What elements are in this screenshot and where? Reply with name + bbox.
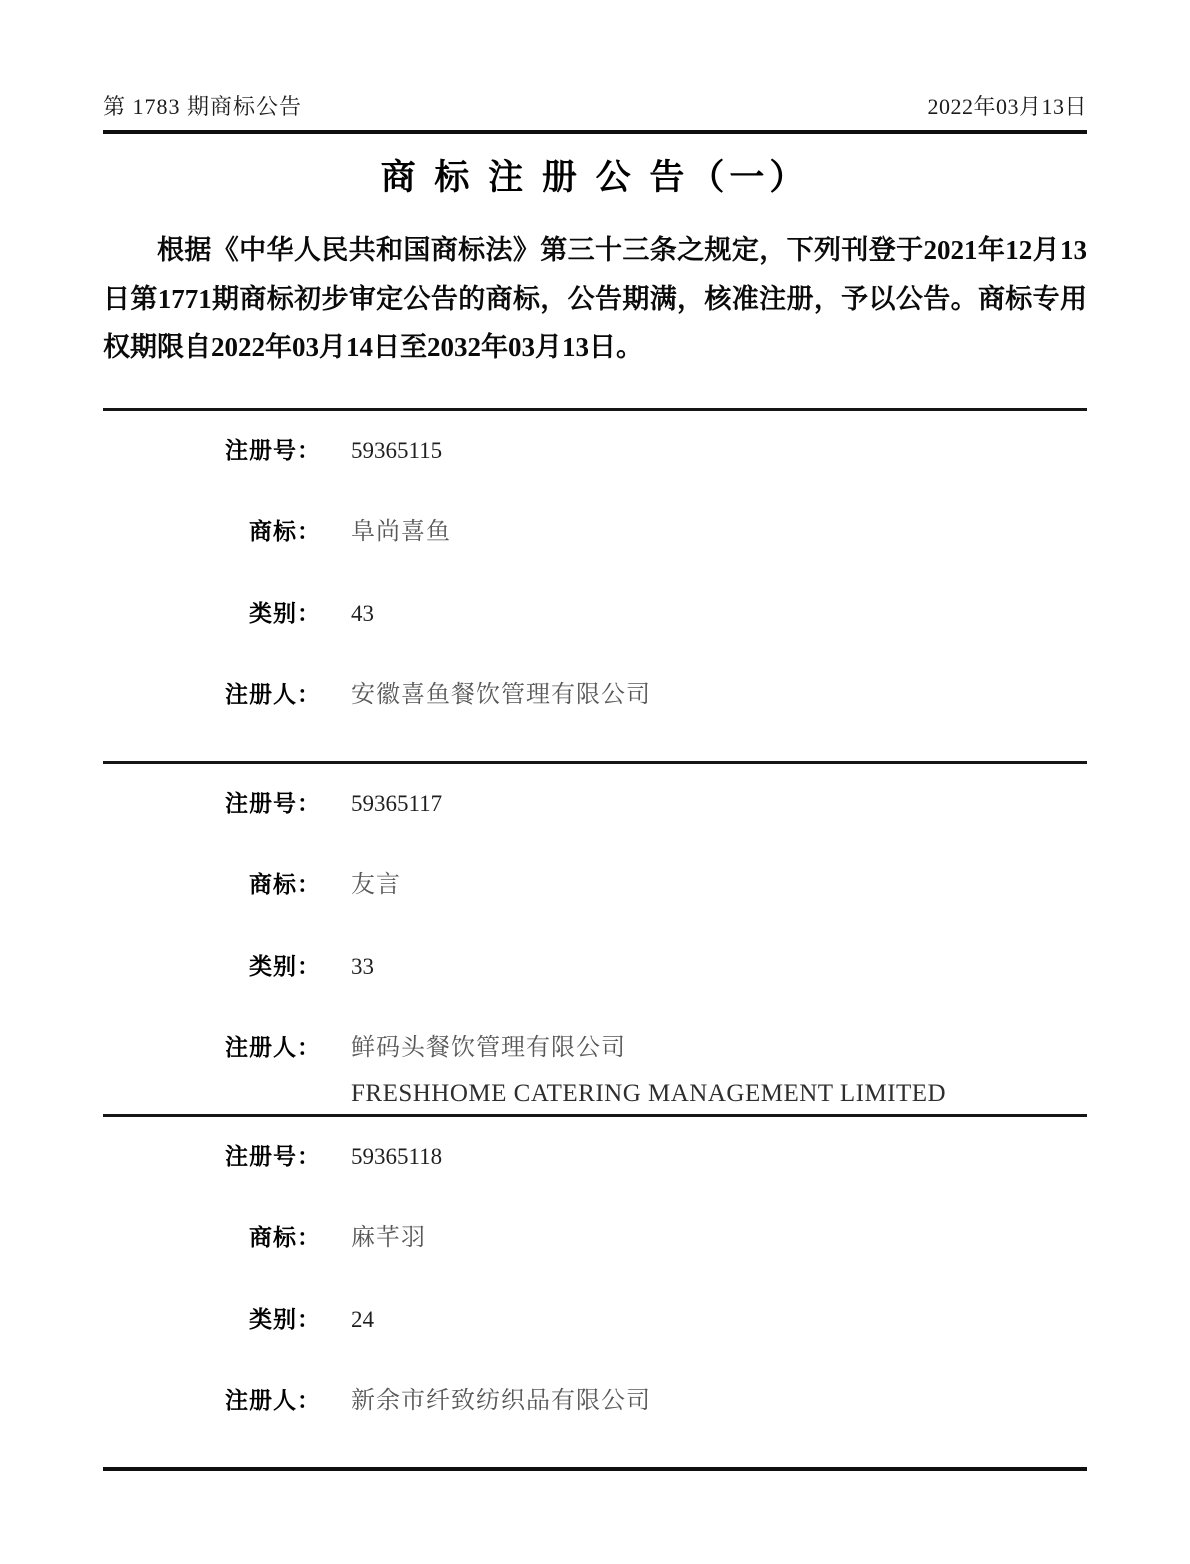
registrant-value-en: FRESHHOME CATERING MANAGEMENT LIMITED	[351, 1077, 946, 1111]
field-row-reg-no: 注册号： 59365117	[103, 788, 1087, 819]
trademark-entry: 注册号： 59365117 商标： 友言 类别： 33 注册人： 鲜码头餐饮管理…	[103, 761, 1087, 1114]
field-row-registrant: 注册人： 新余市纤致纺织品有限公司	[103, 1385, 1087, 1417]
field-row-registrant: 注册人： 安徽喜鱼餐饮管理有限公司	[103, 679, 1087, 711]
reg-no-label: 注册号：	[103, 1141, 321, 1172]
gazette-date: 2022年03月13日	[927, 90, 1087, 121]
gazette-page: 第 1783 期商标公告 2022年03月13日 商 标 注 册 公 告（一） …	[0, 0, 1190, 1564]
field-row-category: 类别： 43	[103, 598, 1087, 629]
category-value: 24	[351, 1304, 374, 1335]
registrant-value: 安徽喜鱼餐饮管理有限公司	[351, 679, 651, 711]
field-row-trademark: 商标： 阜尚喜鱼	[103, 516, 1087, 548]
field-row-category: 类别： 33	[103, 951, 1087, 982]
category-value: 33	[351, 951, 374, 982]
registrant-label: 注册人：	[103, 1032, 321, 1063]
page-title: 商 标 注 册 公 告（一）	[103, 150, 1087, 200]
category-value: 43	[351, 598, 374, 629]
reg-no-label: 注册号：	[103, 435, 321, 466]
category-label: 类别：	[103, 951, 321, 982]
field-row-category: 类别： 24	[103, 1304, 1087, 1335]
reg-no-value: 59365118	[351, 1141, 442, 1172]
entry-list: 注册号： 59365115 商标： 阜尚喜鱼 类别： 43 注册人： 安徽喜鱼餐…	[103, 408, 1087, 1467]
registrant-label: 注册人：	[103, 1385, 321, 1416]
footer-rule	[103, 1467, 1087, 1471]
trademark-value: 友言	[351, 869, 401, 901]
trademark-label: 商标：	[103, 516, 321, 547]
field-row-reg-no: 注册号： 59365115	[103, 435, 1087, 466]
registrant-value-cn: 鲜码头餐饮管理有限公司	[351, 1035, 626, 1061]
field-row-trademark: 商标： 麻芊羽	[103, 1222, 1087, 1254]
field-row-reg-no: 注册号： 59365118	[103, 1141, 1087, 1172]
reg-no-label: 注册号：	[103, 788, 321, 819]
intro-paragraph: 根据《中华人民共和国商标法》第三十三条之规定，下列刊登于2021年12月13日第…	[103, 226, 1087, 372]
header-rule	[103, 130, 1087, 134]
field-row-registrant: 注册人： 鲜码头餐饮管理有限公司 FRESHHOME CATERING MANA…	[103, 1032, 1087, 1110]
trademark-value: 麻芊羽	[351, 1222, 426, 1254]
trademark-entry: 注册号： 59365115 商标： 阜尚喜鱼 类别： 43 注册人： 安徽喜鱼餐…	[103, 408, 1087, 761]
registrant-label: 注册人：	[103, 679, 321, 710]
trademark-entry: 注册号： 59365118 商标： 麻芊羽 类别： 24 注册人： 新余市纤致纺…	[103, 1114, 1087, 1467]
registrant-value: 新余市纤致纺织品有限公司	[351, 1385, 651, 1417]
trademark-label: 商标：	[103, 1222, 321, 1253]
reg-no-value: 59365115	[351, 435, 442, 466]
reg-no-value: 59365117	[351, 788, 442, 819]
running-header: 第 1783 期商标公告 2022年03月13日	[103, 90, 1087, 121]
category-label: 类别：	[103, 598, 321, 629]
category-label: 类别：	[103, 1304, 321, 1335]
trademark-value: 阜尚喜鱼	[351, 516, 451, 548]
registrant-value: 鲜码头餐饮管理有限公司 FRESHHOME CATERING MANAGEMEN…	[351, 1032, 946, 1110]
gazette-issue: 第 1783 期商标公告	[103, 90, 302, 121]
trademark-label: 商标：	[103, 869, 321, 900]
field-row-trademark: 商标： 友言	[103, 869, 1087, 901]
